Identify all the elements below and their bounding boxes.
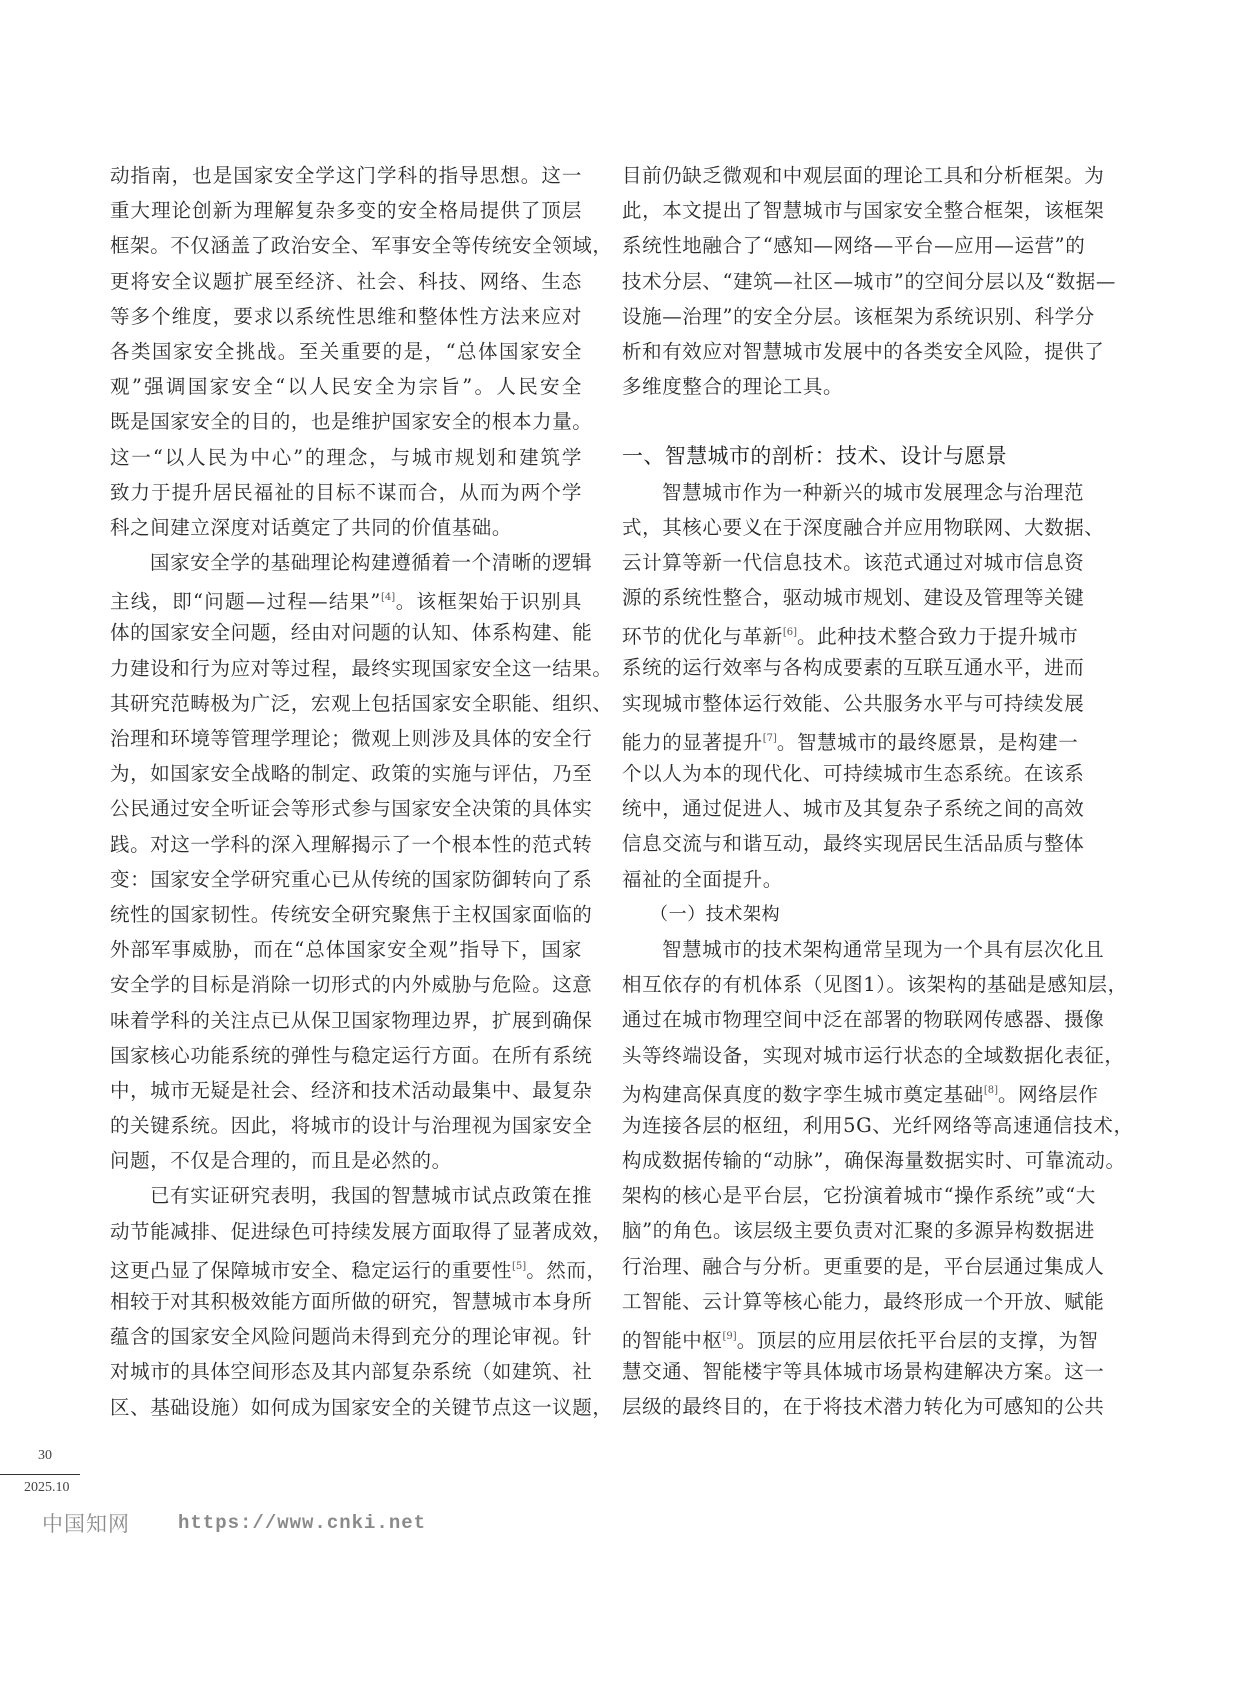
text-segment: 。该框架始于识别具 xyxy=(395,590,582,613)
text-line: 设施—治理”的安全分层。该框架为系统识别、科学分 xyxy=(622,299,1054,334)
citation-ref[interactable]: [8] xyxy=(984,1085,998,1096)
text-segment: 。然而， xyxy=(526,1259,606,1282)
text-line: 区、基础设施）如何成为国家安全的关键节点这一议题， xyxy=(110,1390,582,1425)
text-line: 统中，通过促进人、城市及其复杂子系统之间的高效 xyxy=(622,791,1054,826)
text-line: 目前仍缺乏微观和中观层面的理论工具和分析框架。为 xyxy=(622,158,1054,193)
text-line: 此，本文提出了智慧城市与国家安全整合框架，该框架 xyxy=(622,193,1054,228)
text-line: 为连接各层的枢纽，利用5G、光纤网络等高速通信技术， xyxy=(622,1108,1054,1143)
page-number: 30 xyxy=(38,1448,52,1464)
paragraph-first-line: 已有实证研究表明，我国的智慧城市试点政策在推 xyxy=(110,1178,582,1213)
watermark-text: 中国知网 xyxy=(42,1508,130,1538)
text-line: 问题，不仅是合理的，而且是必然的。 xyxy=(110,1143,582,1178)
text-line: 味着学科的关注点已从保卫国家物理边界，扩展到确保 xyxy=(110,1003,582,1038)
text-line: 更将安全议题扩展至经济、社会、科技、网络、生态 xyxy=(110,264,582,299)
text-line-with-citation: 这更凸显了保障城市安全、稳定运行的重要性[5]。然而， xyxy=(110,1249,582,1284)
text-line: 通过在城市物理空间中泛在部署的物联网传感器、摄像 xyxy=(622,1002,1054,1037)
text-segment: 。此种技术整合致力于提升城市 xyxy=(797,625,1078,648)
text-line: 相互依存的有机体系（见图1）。该架构的基础是感知层， xyxy=(622,967,1054,1002)
citation-ref[interactable]: [5] xyxy=(512,1261,526,1272)
text-segment: 。智慧城市的最终愿景，是构建一 xyxy=(777,731,1079,754)
text-line-with-citation: 环节的优化与革新[6]。此种技术整合致力于提升城市 xyxy=(622,615,1054,650)
text-line: 统性的国家韧性。传统安全研究聚焦于主权国家面临的 xyxy=(110,897,582,932)
text-line: 工智能、云计算等核心能力，最终形成一个开放、赋能 xyxy=(622,1284,1054,1319)
text-line: 这一“以人民为中心”的理念，与城市规划和建筑学 xyxy=(110,440,582,475)
text-line: 析和有效应对智慧城市发展中的各类安全风险，提供了 xyxy=(622,334,1054,369)
paragraph-first-line: 智慧城市作为一种新兴的城市发展理念与治理范 xyxy=(622,475,1054,510)
section-spacer xyxy=(622,404,1054,439)
text-line: 治理和环境等管理学理论；微观上则涉及具体的安全行 xyxy=(110,721,582,756)
text-line: 践。对这一学科的深入理解揭示了一个根本性的范式转 xyxy=(110,827,582,862)
text-line: 安全学的目标是消除一切形式的内外威胁与危险。这意 xyxy=(110,967,582,1002)
text-line: 实现城市整体运行效能、公共服务水平与可持续发展 xyxy=(622,686,1054,721)
text-line-with-citation: 为构建高保真度的数字孪生城市奠定基础[8]。网络层作 xyxy=(622,1073,1054,1108)
text-line: 云计算等新一代信息技术。该范式通过对城市信息资 xyxy=(622,545,1054,580)
text-line: 系统性地融合了“感知—网络—平台—应用—运营”的 xyxy=(622,228,1054,263)
text-line-with-citation: 能力的显著提升[7]。智慧城市的最终愿景，是构建一 xyxy=(622,721,1054,756)
text-line-with-citation: 主线，即“问题—过程—结果”[4]。该框架始于识别具 xyxy=(110,580,582,615)
text-line: 科之间建立深度对话奠定了共同的价值基础。 xyxy=(110,510,582,545)
text-line: 体的国家安全问题，经由对问题的认知、体系构建、能 xyxy=(110,615,582,650)
text-line: 动节能减排、促进绿色可持续发展方面取得了显著成效， xyxy=(110,1214,582,1249)
paragraph-first-line: 国家安全学的基础理论构建遵循着一个清晰的逻辑 xyxy=(110,545,582,580)
text-line: 中，城市无疑是社会、经济和技术活动最集中、最复杂 xyxy=(110,1073,582,1108)
text-segment: 为构建高保真度的数字孪生城市奠定基础 xyxy=(622,1083,984,1106)
text-line: 力建设和行为应对等过程，最终实现国家安全这一结果。 xyxy=(110,651,582,686)
citation-ref[interactable]: [9] xyxy=(723,1331,737,1342)
text-line: 公民通过安全听证会等形式参与国家安全决策的具体实 xyxy=(110,791,582,826)
text-segment: 主线，即“问题—过程—结果” xyxy=(110,590,381,613)
text-line: 行治理、融合与分析。更重要的是，平台层通过集成人 xyxy=(622,1249,1054,1284)
right-column: 目前仍缺乏微观和中观层面的理论工具和分析框架。为 此，本文提出了智慧城市与国家安… xyxy=(622,158,1054,1425)
text-line: 相较于对其积极效能方面所做的研究，智慧城市本身所 xyxy=(110,1284,582,1319)
text-line: 致力于提升居民福祉的目标不谋而合，从而为两个学 xyxy=(110,475,582,510)
citation-ref[interactable]: [4] xyxy=(381,592,395,603)
text-line: 国家核心功能系统的弹性与稳定运行方面。在所有系统 xyxy=(110,1038,582,1073)
citation-ref[interactable]: [6] xyxy=(783,627,797,638)
text-line: 系统的运行效率与各构成要素的互联互通水平，进而 xyxy=(622,650,1054,685)
text-line: 外部军事威胁，而在“总体国家安全观”指导下，国家 xyxy=(110,932,582,967)
text-line: 蕴含的国家安全风险问题尚未得到充分的理论审视。针 xyxy=(110,1319,582,1354)
paragraph-first-line: 智慧城市的技术架构通常呈现为一个具有层次化且 xyxy=(622,932,1054,967)
text-line: 变：国家安全学研究重心已从传统的国家防御转向了系 xyxy=(110,862,582,897)
citation-ref[interactable]: [7] xyxy=(763,733,777,744)
text-line: 慧交通、智能楼宇等具体城市场景构建解决方案。这一 xyxy=(622,1354,1054,1389)
text-segment: 这更凸显了保障城市安全、稳定运行的重要性 xyxy=(110,1259,512,1282)
text-line: 式，其核心要义在于深度融合并应用物联网、大数据、 xyxy=(622,510,1054,545)
text-segment: 能力的显著提升 xyxy=(622,731,763,754)
text-segment: 。顶层的应用层依托平台层的支撑，为智 xyxy=(737,1329,1099,1352)
text-line: 其研究范畴极为广泛，宏观上包括国家安全职能、组织、 xyxy=(110,686,582,721)
text-line: 等多个维度，要求以系统性思维和整体性方法来应对 xyxy=(110,299,582,334)
text-line: 个以人为本的现代化、可持续城市生态系统。在该系 xyxy=(622,756,1054,791)
text-segment: 的智能中枢 xyxy=(622,1329,723,1352)
text-line: 动指南，也是国家安全学这门学科的指导思想。这一 xyxy=(110,158,582,193)
text-line: 对城市的具体空间形态及其内部复杂系统（如建筑、社 xyxy=(110,1354,582,1389)
text-line-with-citation: 的智能中枢[9]。顶层的应用层依托平台层的支撑，为智 xyxy=(622,1319,1054,1354)
text-line: 观”强调国家安全“以人民安全为宗旨”。人民安全 xyxy=(110,369,582,404)
watermark-url[interactable]: https://www.cnki.net xyxy=(178,1512,426,1534)
text-line: 构成数据传输的“动脉”，确保海量数据实时、可靠流动。 xyxy=(622,1143,1054,1178)
text-line: 头等终端设备，实现对城市运行状态的全域数据化表征， xyxy=(622,1038,1054,1073)
text-line: 源的系统性整合，驱动城市规划、建设及管理等关键 xyxy=(622,580,1054,615)
issue-date: 2025.10 xyxy=(24,1480,70,1496)
left-column: 动指南，也是国家安全学这门学科的指导思想。这一 重大理论创新为理解复杂多变的安全… xyxy=(110,158,582,1425)
text-line: 框架。不仅涵盖了政治安全、军事安全等传统安全领域， xyxy=(110,228,582,263)
text-line: 各类国家安全挑战。至关重要的是，“总体国家安全 xyxy=(110,334,582,369)
text-line: 脑”的角色。该层级主要负责对汇聚的多源异构数据进 xyxy=(622,1213,1054,1248)
text-line: 既是国家安全的目的，也是维护国家安全的根本力量。 xyxy=(110,404,582,439)
text-line: 重大理论创新为理解复杂多变的安全格局提供了顶层 xyxy=(110,193,582,228)
text-line: 为，如国家安全战略的制定、政策的实施与评估，乃至 xyxy=(110,756,582,791)
text-line: 信息交流与和谐互动，最终实现居民生活品质与整体 xyxy=(622,826,1054,861)
text-segment: 环节的优化与革新 xyxy=(622,625,783,648)
text-line: 福祉的全面提升。 xyxy=(622,862,1054,897)
footer-divider xyxy=(0,1474,80,1475)
text-line: 多维度整合的理论工具。 xyxy=(622,369,1054,404)
subsection-heading: （一）技术架构 xyxy=(622,897,1054,932)
text-line: 层级的最终目的，在于将技术潜力转化为可感知的公共 xyxy=(622,1389,1054,1424)
text-line: 的关键系统。因此，将城市的设计与治理视为国家安全 xyxy=(110,1108,582,1143)
text-segment: 。网络层作 xyxy=(998,1083,1099,1106)
text-line: 架构的核心是平台层，它扮演着城市“操作系统”或“大 xyxy=(622,1178,1054,1213)
section-heading: 一、智慧城市的剖析：技术、设计与愿景 xyxy=(622,439,1054,474)
text-line: 技术分层、“建筑—社区—城市”的空间分层以及“数据— xyxy=(622,264,1054,299)
